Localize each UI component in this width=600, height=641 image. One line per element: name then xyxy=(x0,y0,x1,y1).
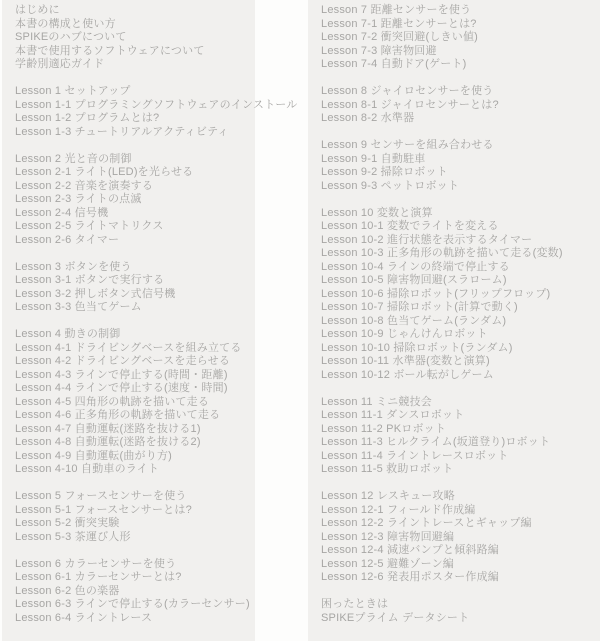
toc-entry: Lesson 10-3 正多角形の軌跡を描いて走る(変数) xyxy=(321,247,600,261)
toc-entry: Lesson 10-9 じゃんけんロボット xyxy=(321,328,600,342)
toc-entry: Lesson 12-5 避難ゾーン編 xyxy=(321,558,600,572)
toc-entry: Lesson 1 セットアップ xyxy=(15,85,255,99)
toc-entry: Lesson 4-1 ドライビングベースを組み立てる xyxy=(15,342,255,356)
toc-entry: Lesson 12-6 発表用ポスター作成編 xyxy=(321,571,600,585)
toc-entry: Lesson 4-3 ラインで停止する(時間・距離) xyxy=(15,369,255,383)
toc-entry: Lesson 11-1 ダンスロボット xyxy=(321,409,600,423)
toc-entry: Lesson 7-3 障害物回避 xyxy=(321,45,600,59)
toc-section: Lesson 1 セットアップLesson 1-1 プログラミングソフトウェアの… xyxy=(15,85,255,139)
toc-entry: Lesson 1-1 プログラミングソフトウェアのインストール xyxy=(15,99,255,113)
toc-entry: Lesson 5-2 衝突実験 xyxy=(15,517,255,531)
toc-entry: Lesson 9-2 掃除ロボット xyxy=(321,166,600,180)
toc-entry: Lesson 4 動きの制御 xyxy=(15,328,255,342)
toc-entry: Lesson 11-3 ヒルクライム(坂道登り)ロボット xyxy=(321,436,600,450)
toc-entry: Lesson 5-1 フォースセンサーとは? xyxy=(15,504,255,518)
toc-section: 困ったときはSPIKEプライム データシート xyxy=(321,598,600,625)
toc-entry: Lesson 10-11 水準器(変数と演算) xyxy=(321,355,600,369)
toc-entry: Lesson 8-2 水準器 xyxy=(321,112,600,126)
toc-entry: Lesson 10 変数と演算 xyxy=(321,207,600,221)
toc-entry: Lesson 11-5 救助ロボット xyxy=(321,463,600,477)
toc-entry: Lesson 2-3 ライトの点滅 xyxy=(15,193,255,207)
toc-right-column: Lesson 7 距離センサーを使うLesson 7-1 距離センサーとは?Le… xyxy=(308,0,600,641)
toc-section: Lesson 2 光と音の制御Lesson 2-1 ライト(LED)を光らせるL… xyxy=(15,153,255,248)
toc-entry: Lesson 10-1 変数でライトを変える xyxy=(321,220,600,234)
toc-entry: Lesson 7-4 自動ドア(ゲート) xyxy=(321,58,600,72)
toc-entry: Lesson 9-3 ペットロボット xyxy=(321,180,600,194)
toc-entry: 本書の構成と使い方 xyxy=(15,18,255,32)
toc-section: Lesson 10 変数と演算Lesson 10-1 変数でライトを変えるLes… xyxy=(321,207,600,383)
toc-entry: Lesson 3-3 色当てゲーム xyxy=(15,301,255,315)
toc-entry: Lesson 2 光と音の制御 xyxy=(15,153,255,167)
toc-entry: Lesson 10-10 掃除ロボット(ランダム) xyxy=(321,342,600,356)
toc-entry: Lesson 4-2 ドライビングベースを走らせる xyxy=(15,355,255,369)
toc-entry: Lesson 12-1 フィールド作成編 xyxy=(321,504,600,518)
toc-entry: Lesson 6-3 ラインで停止する(カラーセンサー) xyxy=(15,598,255,612)
toc-section: Lesson 7 距離センサーを使うLesson 7-1 距離センサーとは?Le… xyxy=(321,4,600,72)
toc-section: Lesson 11 ミニ競技会Lesson 11-1 ダンスロボットLesson… xyxy=(321,396,600,477)
toc-entry: SPIKEのハブについて xyxy=(15,31,255,45)
toc-entry: Lesson 7-2 衝突回避(しきい値) xyxy=(321,31,600,45)
toc-section: Lesson 5 フォースセンサーを使うLesson 5-1 フォースセンサーと… xyxy=(15,490,255,544)
toc-entry: Lesson 4-7 自動運転(迷路を抜ける1) xyxy=(15,423,255,437)
toc-entry: SPIKEプライム データシート xyxy=(321,612,600,626)
toc-entry: Lesson 12-4 減速バンプと傾斜路編 xyxy=(321,544,600,558)
toc-section: Lesson 6 カラーセンサーを使うLesson 6-1 カラーセンサーとは?… xyxy=(15,558,255,626)
toc-entry: Lesson 3-1 ボタンで実行する xyxy=(15,274,255,288)
toc-entry: Lesson 10-2 進行状態を表示するタイマー xyxy=(321,234,600,248)
toc-entry: Lesson 4-6 正多角形の軌跡を描いて走る xyxy=(15,409,255,423)
toc-section: Lesson 4 動きの制御Lesson 4-1 ドライビングベースを組み立てる… xyxy=(15,328,255,477)
toc-entry: Lesson 12 レスキュー攻略 xyxy=(321,490,600,504)
toc-entry: Lesson 5 フォースセンサーを使う xyxy=(15,490,255,504)
toc-section: Lesson 8 ジャイロセンサーを使うLesson 8-1 ジャイロセンサーと… xyxy=(321,85,600,126)
toc-entry: Lesson 6 カラーセンサーを使う xyxy=(15,558,255,572)
toc-entry: Lesson 5-3 茶運び人形 xyxy=(15,531,255,545)
toc-entry: Lesson 7 距離センサーを使う xyxy=(321,4,600,18)
toc-entry: Lesson 6-4 ライントレース xyxy=(15,612,255,626)
toc-entry: Lesson 2-1 ライト(LED)を光らせる xyxy=(15,166,255,180)
toc-entry: はじめに xyxy=(15,4,255,18)
toc-entry: 困ったときは xyxy=(321,598,600,612)
toc-entry: Lesson 6-2 色の楽器 xyxy=(15,585,255,599)
toc-entry: Lesson 1-2 プログラムとは? xyxy=(15,112,255,126)
toc-entry: Lesson 12-2 ライントレースとギャップ編 xyxy=(321,517,600,531)
toc-entry: Lesson 4-10 自動車のライト xyxy=(15,463,255,477)
toc-entry: Lesson 10-4 ラインの終端で停止する xyxy=(321,261,600,275)
toc-entry: Lesson 10-6 掃除ロボット(フリップフロップ) xyxy=(321,288,600,302)
toc-entry: Lesson 6-1 カラーセンサーとは? xyxy=(15,571,255,585)
toc-entry: Lesson 2-4 信号機 xyxy=(15,207,255,221)
toc-section: Lesson 3 ボタンを使うLesson 3-1 ボタンで実行するLesson… xyxy=(15,261,255,315)
toc-entry: 本書で使用するソフトウェアについて xyxy=(15,45,255,59)
toc-entry: Lesson 2-6 タイマー xyxy=(15,234,255,248)
toc-entry: Lesson 4-4 ラインで停止する(速度・時間) xyxy=(15,382,255,396)
toc-entry: Lesson 2-2 音楽を演奏する xyxy=(15,180,255,194)
toc-section: Lesson 12 レスキュー攻略Lesson 12-1 フィールド作成編Les… xyxy=(321,490,600,585)
toc-entry: Lesson 1-3 チュートリアルアクティビティ xyxy=(15,126,255,140)
toc-entry: Lesson 10-7 掃除ロボット(計算で動く) xyxy=(321,301,600,315)
toc-entry: Lesson 11-4 ライントレースロボット xyxy=(321,450,600,464)
toc-entry: Lesson 8 ジャイロセンサーを使う xyxy=(321,85,600,99)
toc-entry: Lesson 2-5 ライトマトリクス xyxy=(15,220,255,234)
toc-entry: Lesson 9 センサーを組み合わせる xyxy=(321,139,600,153)
toc-entry: Lesson 10-5 障害物回避(スラローム) xyxy=(321,274,600,288)
toc-entry: Lesson 11-2 PKロボット xyxy=(321,423,600,437)
toc-entry: Lesson 4-9 自動運転(曲がり方) xyxy=(15,450,255,464)
toc-entry: Lesson 4-5 四角形の軌跡を描いて走る xyxy=(15,396,255,410)
toc-entry: Lesson 10-12 ボール転がしゲーム xyxy=(321,369,600,383)
toc-section: はじめに本書の構成と使い方SPIKEのハブについて本書で使用するソフトウェアにつ… xyxy=(15,4,255,72)
toc-entry: Lesson 9-1 自動駐車 xyxy=(321,153,600,167)
toc-entry: Lesson 11 ミニ競技会 xyxy=(321,396,600,410)
toc-entry: Lesson 12-3 障害物回避編 xyxy=(321,531,600,545)
toc-entry: Lesson 7-1 距離センサーとは? xyxy=(321,18,600,32)
toc-entry: Lesson 10-8 色当てゲーム(ランダム) xyxy=(321,315,600,329)
toc-entry: Lesson 3 ボタンを使う xyxy=(15,261,255,275)
toc-entry: Lesson 8-1 ジャイロセンサーとは? xyxy=(321,99,600,113)
toc-entry: Lesson 4-8 自動運転(迷路を抜ける2) xyxy=(15,436,255,450)
toc-entry: Lesson 3-2 押しボタン式信号機 xyxy=(15,288,255,302)
toc-entry: 学齢別適応ガイド xyxy=(15,58,255,72)
toc-left-column: はじめに本書の構成と使い方SPIKEのハブについて本書で使用するソフトウェアにつ… xyxy=(2,0,255,641)
toc-section: Lesson 9 センサーを組み合わせるLesson 9-1 自動駐車Lesso… xyxy=(321,139,600,193)
